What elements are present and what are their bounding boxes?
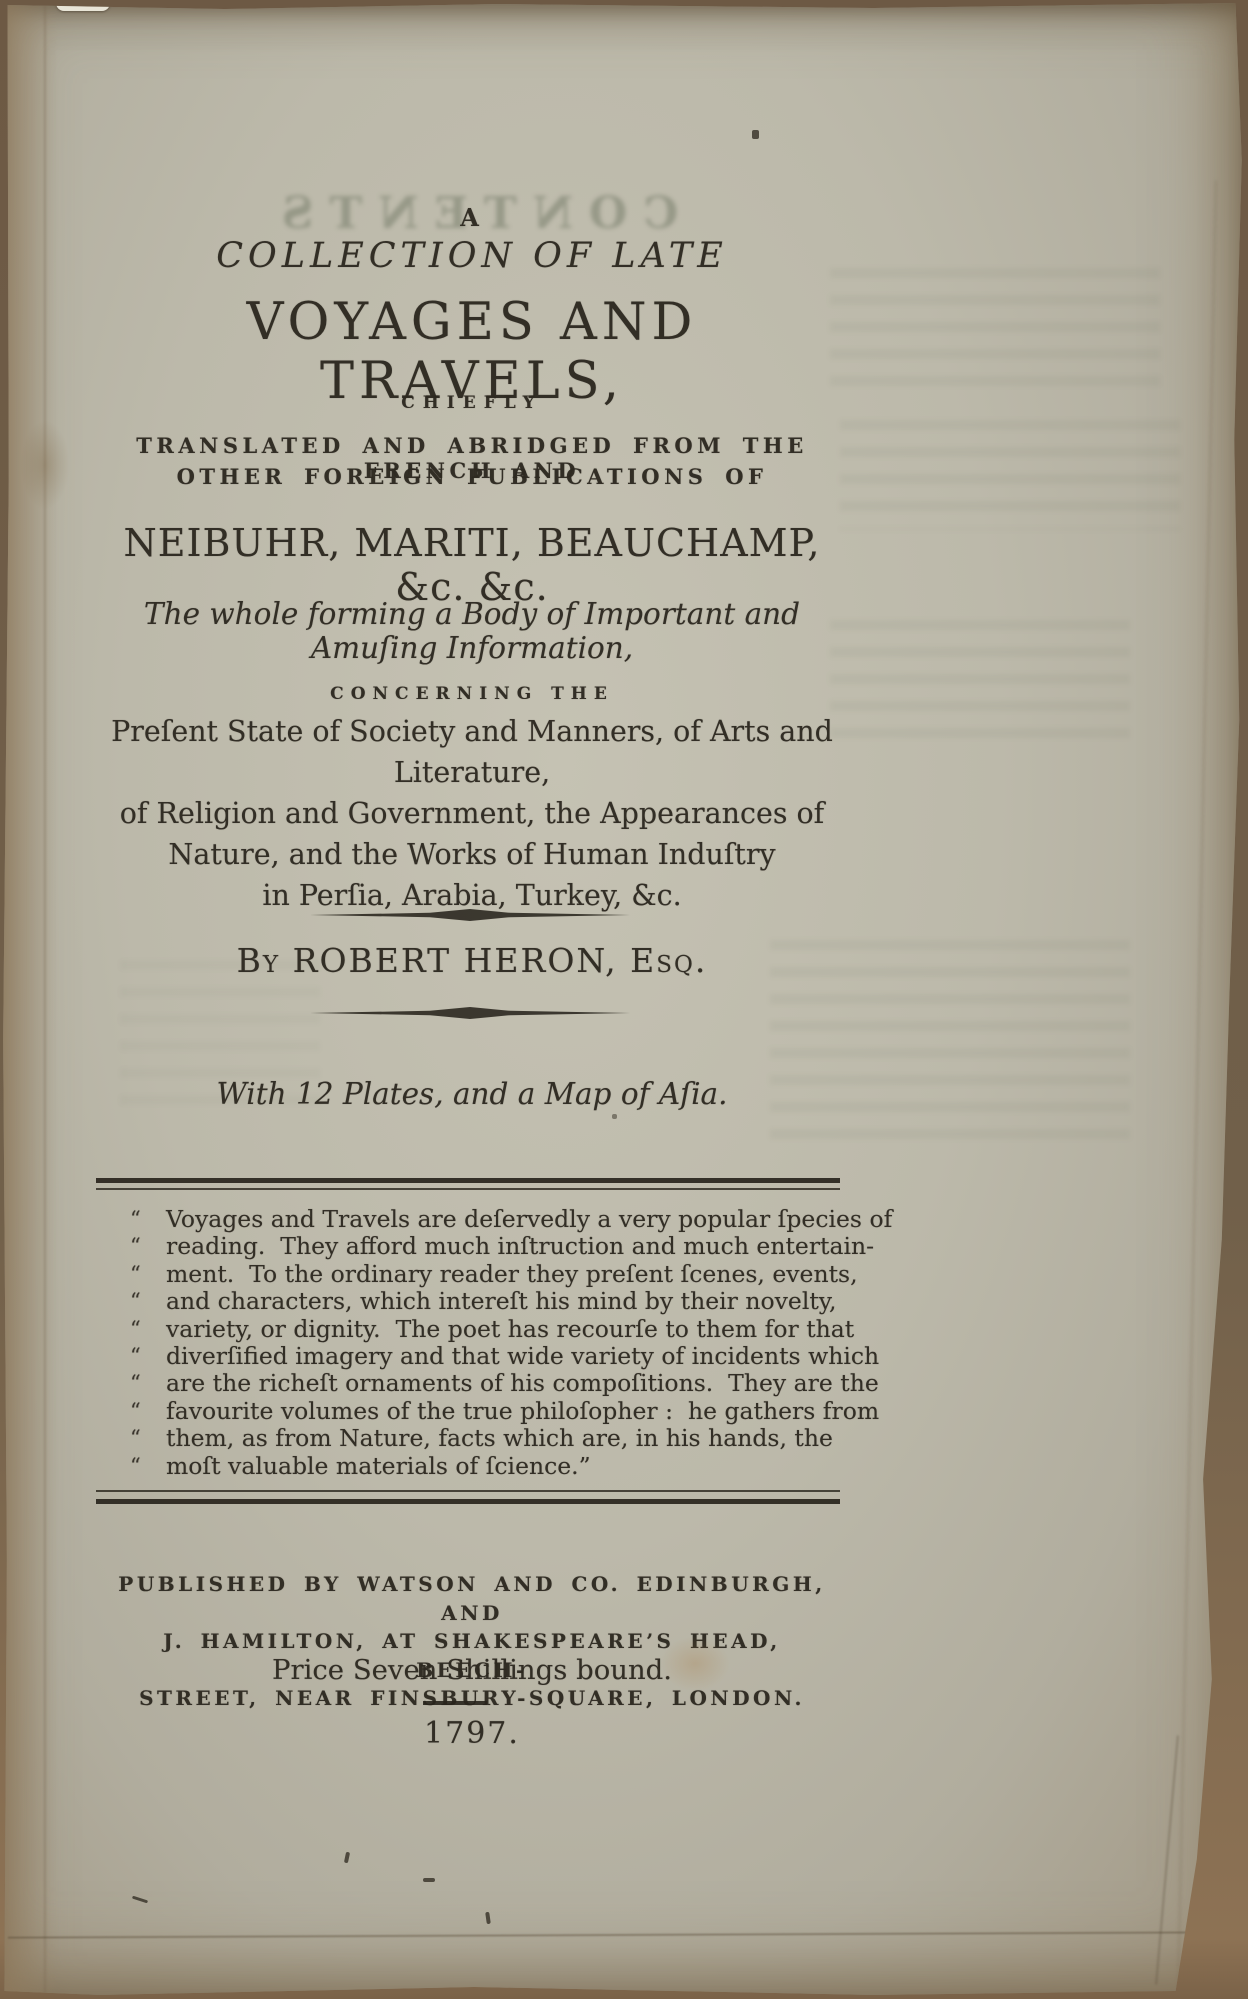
quote-line: “are the richeſt ornaments of his compoſ…: [130, 1370, 836, 1397]
chiefly-label: CHIEFLY: [110, 393, 834, 413]
quote-mark: “: [130, 1288, 166, 1315]
double-rule-top: [96, 1178, 840, 1190]
book-page: CONTENTS A COLLECTION OF LATE VOYAGES AN…: [0, 0, 1248, 1999]
corner-crease: [1155, 1735, 1179, 1984]
ink-speck: [752, 130, 759, 139]
rule-thick: [96, 1178, 840, 1183]
subject-line: Preſent State of Society and Manners, of…: [110, 711, 834, 793]
bottom-crease: [8, 1931, 1218, 1938]
subject-line: of Religion and Government, the Appearan…: [110, 793, 834, 834]
ink-speck: [612, 1114, 617, 1119]
swelled-rule: [310, 1006, 630, 1020]
quote-line: “them, as from Nature, facts which are, …: [130, 1425, 836, 1452]
bleedthrough-smudge: [830, 268, 1160, 388]
imprint-publisher: PUBLISHED BY WATSON AND CO. EDINBURGH, A…: [110, 1570, 834, 1713]
ink-speck: [485, 1912, 491, 1924]
bleedthrough-smudge: [840, 420, 1180, 530]
publisher-line: PUBLISHED BY WATSON AND CO. EDINBURGH, A…: [110, 1570, 834, 1627]
paper-chip: [56, 0, 110, 11]
quote-mark: “: [130, 1453, 166, 1480]
quote-line: “ment. To the ordinary reader they preſe…: [130, 1261, 836, 1288]
ink-speck: [423, 1878, 435, 1882]
quote-line: “favourite volumes of the true philoſoph…: [130, 1398, 836, 1425]
photo-of-title-page: { "colors": { "paper": "#bcb9aa", "ink":…: [0, 0, 1248, 1999]
plates-note: With 12 Plates, and a Map of Aſia.: [110, 1077, 834, 1111]
half-title-letter: A: [110, 203, 834, 232]
author-byline: By ROBERT HERON, Esq.: [110, 941, 834, 980]
bleedthrough-smudge: [830, 620, 1130, 740]
rule-thin: [96, 1188, 840, 1190]
subtitle-italic: The whole forming a Body of Important an…: [110, 597, 834, 665]
quote-line: “diverſified imagery and that wide varie…: [130, 1343, 836, 1370]
publication-year: 1797.: [110, 1716, 834, 1751]
ink-speck: [344, 1852, 350, 1864]
quote-line: “and characters, which intereſt his mind…: [130, 1288, 836, 1315]
translated-line-2: OTHER FOREIGN PUBLICATIONS OF: [110, 464, 834, 489]
quote-mark: “: [130, 1398, 166, 1425]
double-rule-bottom: [96, 1490, 840, 1504]
quote-mark: “: [130, 1343, 166, 1370]
right-crease: [1177, 180, 1217, 1999]
quote-mark: “: [130, 1233, 166, 1260]
rule-thin: [96, 1490, 840, 1492]
gutter-crease: [44, 0, 46, 1999]
ink-speck: [132, 1896, 148, 1904]
concerning-label: CONCERNING THE: [110, 684, 834, 704]
quote-line: “moſt valuable materials of ſcience.”: [130, 1453, 836, 1480]
source-authors: NEIBUHR, MARITI, BEAUCHAMP, &c. &c.: [110, 521, 834, 609]
series-title: COLLECTION OF LATE: [110, 236, 834, 276]
quote-line: “Voyages and Travels are deſervedly a ve…: [130, 1206, 836, 1233]
quote-mark: “: [130, 1370, 166, 1397]
rule-thick: [96, 1499, 840, 1504]
subject-line: Nature, and the Works of Human Induſtry: [110, 834, 834, 875]
quote-mark: “: [130, 1425, 166, 1452]
quote-mark: “: [130, 1316, 166, 1343]
page-gutter-edge: [0, 0, 58, 1999]
quote-mark: “: [130, 1261, 166, 1288]
swelled-rule: [310, 908, 630, 922]
quote-line: “reading. They afford much inſtruction a…: [130, 1233, 836, 1260]
epigraph-quote: “Voyages and Travels are deſervedly a ve…: [130, 1206, 836, 1480]
price-line: Price Seven Shillings bound.: [110, 1654, 834, 1686]
subject-paragraph: Preſent State of Society and Manners, of…: [110, 711, 834, 916]
quote-line: “variety, or dignity. The poet has recou…: [130, 1316, 836, 1343]
quote-mark: “: [130, 1206, 166, 1233]
short-rule: [423, 1701, 487, 1705]
publisher-line: STREET, NEAR FINSBURY-SQUARE, LONDON.: [110, 1684, 834, 1713]
